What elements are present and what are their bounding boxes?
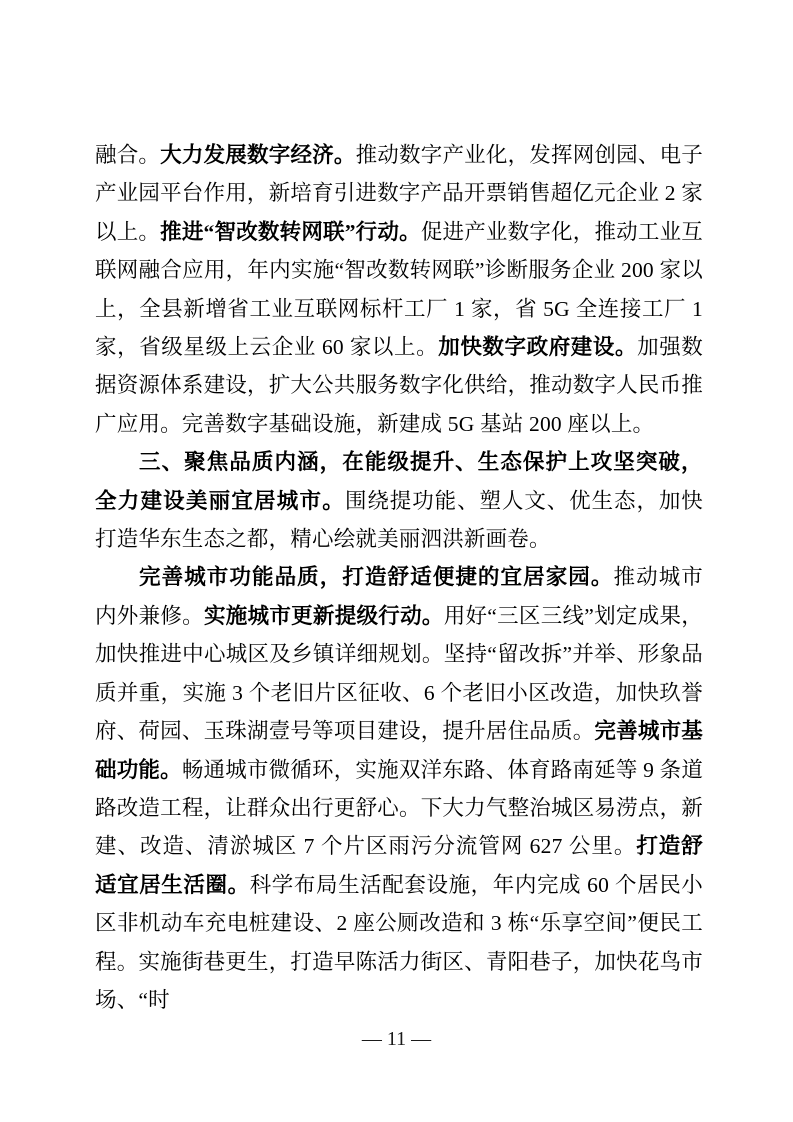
text-run-bold: 加快数字政府建设。 <box>438 335 637 359</box>
text-run-normal: 畅通城市微循环，实施双洋东路、体育路南延等 9 条道路改造工程，让群众出行更舒心… <box>95 758 703 859</box>
para-section-three-heading: 三、聚焦品质内涵，在能级提升、生态保护上攻坚突破，全力建设美丽宜居城市。围绕提功… <box>95 443 703 558</box>
text-run-bold: 大力发展数字经济。 <box>160 143 355 167</box>
para-digital-economy: 融合。大力发展数字经济。推动数字产业化，发挥网创园、电子产业园平台作用，新培育引… <box>95 136 703 443</box>
text-run-bold: 完善城市功能品质，打造舒适便捷的宜居家园。 <box>139 565 614 589</box>
text-run-normal: 融合。 <box>95 143 160 167</box>
text-run-bold: 推进“智改数转网联”行动。 <box>160 220 421 244</box>
document-body: 融合。大力发展数字经济。推动数字产业化，发挥网创园、电子产业园平台作用，新培育引… <box>95 136 703 1019</box>
page-number: — 11 — <box>0 1024 793 1054</box>
para-urban-function-quality: 完善城市功能品质，打造舒适便捷的宜居家园。推动城市内外兼修。实施城市更新提级行动… <box>95 558 703 1019</box>
document-page: 融合。大力发展数字经济。推动数字产业化，发挥网创园、电子产业园平台作用，新培育引… <box>0 0 793 1122</box>
text-run-bold: 实施城市更新提级行动。 <box>204 604 444 628</box>
